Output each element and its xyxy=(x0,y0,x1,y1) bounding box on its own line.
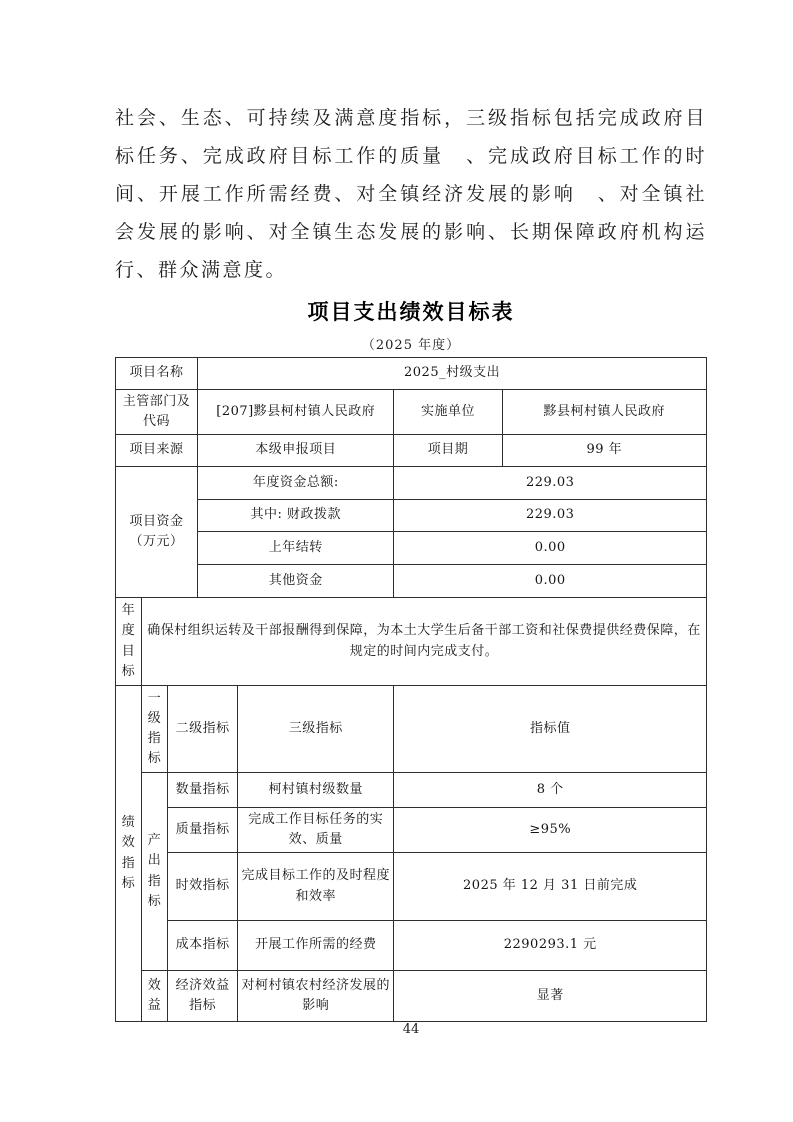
indicator-level3: 对柯村镇农村经济发展的影响 xyxy=(238,971,394,1022)
fund-row: 其他资金 0.00 xyxy=(116,565,707,598)
funds-label-line1: 项目资金 xyxy=(118,512,195,532)
indicator-row: 质量指标 完成工作目标任务的实效、质量 ≥95% xyxy=(116,808,707,853)
fund-value-total: 229.03 xyxy=(394,467,707,500)
header-value: 指标值 xyxy=(394,686,707,773)
table-row: 项目名称 2025_村级支出 xyxy=(116,358,707,390)
implement-unit-value: 黟县柯村镇人民政府 xyxy=(502,390,706,435)
header-level2: 二级指标 xyxy=(168,686,238,773)
page-title: 项目支出绩效目标表 xyxy=(115,296,707,326)
performance-target-table: 项目名称 2025_村级支出 主管部门及代码 [207]黟县柯村镇人民政府 实施… xyxy=(115,357,707,1022)
intro-paragraph: 社会、生态、可持续及满意度指标，三级指标包括完成政府目标任务、完成政府目标工作的… xyxy=(115,99,707,289)
project-name-value: 2025_村级支出 xyxy=(198,358,707,390)
page-subtitle: （2025 年度） xyxy=(115,334,707,353)
project-period-value: 99 年 xyxy=(502,435,706,467)
indicator-row: 时效指标 完成目标工作的及时程度和效率 2025 年 12 月 31 日前完成 xyxy=(116,853,707,921)
project-source-value: 本级申报项目 xyxy=(198,435,394,467)
funds-label-line2: （万元） xyxy=(118,532,195,552)
indicator-value: 显著 xyxy=(394,971,707,1022)
fund-name-total: 年度资金总额: xyxy=(198,467,394,500)
indicator-level2: 经济效益指标 xyxy=(168,971,238,1022)
indicator-level3: 完成工作目标任务的实效、质量 xyxy=(238,808,394,853)
performance-label: 绩效指标 xyxy=(116,686,142,1022)
page-number: 44 xyxy=(115,1022,707,1037)
fund-value-fiscal: 229.03 xyxy=(394,500,707,532)
department-label: 主管部门及代码 xyxy=(116,390,198,435)
indicator-row: 产出指标 数量指标 柯村镇村级数量 8 个 xyxy=(116,773,707,808)
header-level3: 三级指标 xyxy=(238,686,394,773)
fund-name-fiscal: 其中: 财政拨款 xyxy=(198,500,394,532)
indicator-level2: 数量指标 xyxy=(168,773,238,808)
header-level1: 一级指标 xyxy=(142,686,168,773)
indicator-level3: 开展工作所需的经费 xyxy=(238,921,394,971)
indicator-level2: 成本指标 xyxy=(168,921,238,971)
table-row: 项目来源 本级申报项目 项目期 99 年 xyxy=(116,435,707,467)
fund-name-carryover: 上年结转 xyxy=(198,532,394,565)
project-name-label: 项目名称 xyxy=(116,358,198,390)
indicator-value: ≥95% xyxy=(394,808,707,853)
indicator-level3: 完成目标工作的及时程度和效率 xyxy=(238,853,394,921)
annual-goal-row: 年度目标 确保村组织运转及干部报酬得到保障，为本土大学生后备干部工资和社保费提供… xyxy=(116,598,707,686)
benefit-label: 效益 xyxy=(142,971,168,1022)
indicator-level2: 时效指标 xyxy=(168,853,238,921)
indicator-value: 2290293.1 元 xyxy=(394,921,707,971)
indicator-header-row: 绩效指标 一级指标 二级指标 三级指标 指标值 xyxy=(116,686,707,773)
annual-goal-text: 确保村组织运转及干部报酬得到保障，为本土大学生后备干部工资和社保费提供经费保障，… xyxy=(142,598,707,686)
table-row: 主管部门及代码 [207]黟县柯村镇人民政府 实施单位 黟县柯村镇人民政府 xyxy=(116,390,707,435)
fund-value-carryover: 0.00 xyxy=(394,532,707,565)
output-label: 产出指标 xyxy=(142,773,168,971)
indicator-value: 8 个 xyxy=(394,773,707,808)
fund-value-other: 0.00 xyxy=(394,565,707,598)
project-period-label: 项目期 xyxy=(394,435,502,467)
implement-unit-label: 实施单位 xyxy=(394,390,502,435)
indicator-level3: 柯村镇村级数量 xyxy=(238,773,394,808)
project-source-label: 项目来源 xyxy=(116,435,198,467)
funds-label: 项目资金 （万元） xyxy=(116,467,198,598)
indicator-row: 效益 经济效益指标 对柯村镇农村经济发展的影响 显著 xyxy=(116,971,707,1022)
indicator-value: 2025 年 12 月 31 日前完成 xyxy=(394,853,707,921)
annual-goal-label: 年度目标 xyxy=(116,598,142,686)
indicator-row: 成本指标 开展工作所需的经费 2290293.1 元 xyxy=(116,921,707,971)
fund-row: 项目资金 （万元） 年度资金总额: 229.03 xyxy=(116,467,707,500)
fund-name-other: 其他资金 xyxy=(198,565,394,598)
fund-row: 上年结转 0.00 xyxy=(116,532,707,565)
fund-row: 其中: 财政拨款 229.03 xyxy=(116,500,707,532)
indicator-level2: 质量指标 xyxy=(168,808,238,853)
department-value: [207]黟县柯村镇人民政府 xyxy=(198,390,394,435)
